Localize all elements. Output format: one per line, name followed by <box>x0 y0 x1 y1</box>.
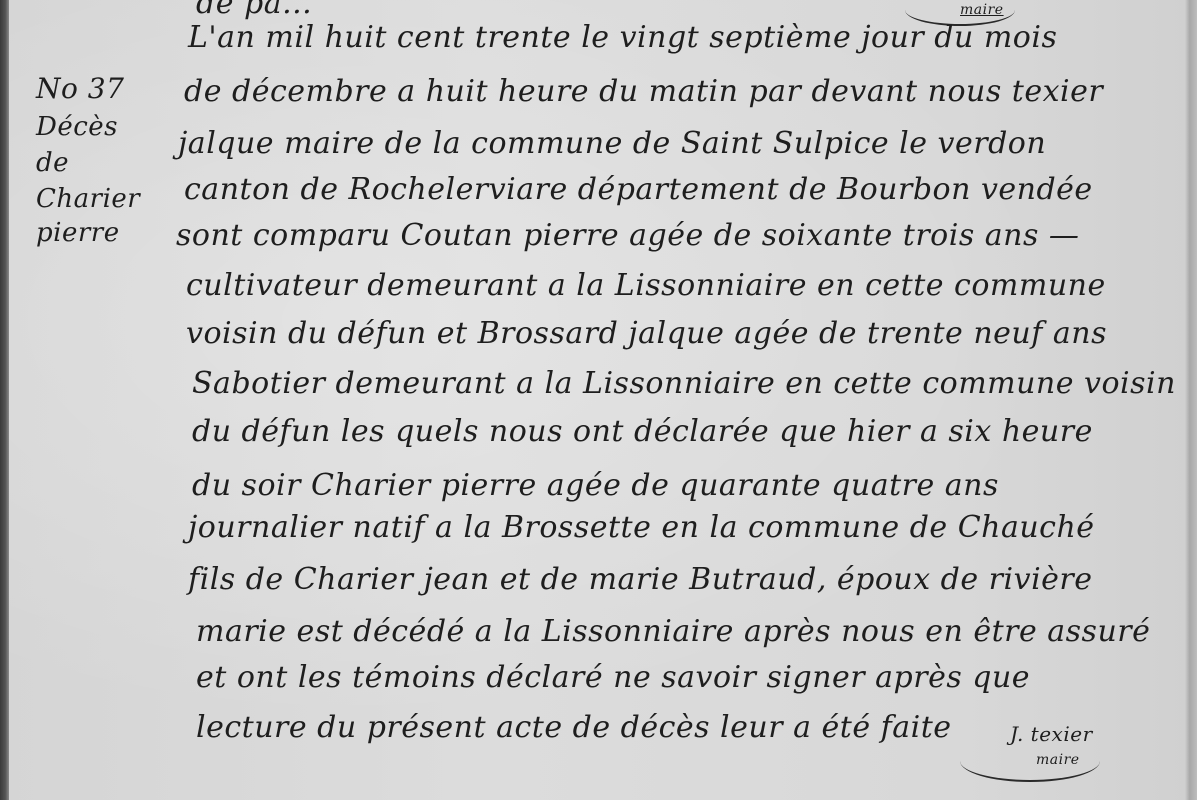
binding-edge <box>0 0 9 800</box>
body-line-10: du soir Charier pierre agée de quarante … <box>192 468 999 503</box>
body-line-7: voisin du défun et Brossard jalque agée … <box>186 316 1107 351</box>
margin-line-surname: Charier <box>36 184 140 214</box>
body-line-6: cultivateur demeurant a la Lissonniaire … <box>186 268 1106 303</box>
body-line-12: fils de Charier jean et de marie Butraud… <box>188 562 1093 597</box>
body-line-2: de décembre a huit heure du matin par de… <box>184 74 1103 109</box>
body-line-9: du défun les quels nous ont déclarée que… <box>192 414 1093 449</box>
entry-number: No 37 <box>36 72 124 105</box>
body-line-14: et ont les témoins déclaré ne savoir sig… <box>196 660 1030 695</box>
body-line-3: jalque maire de la commune de Saint Sulp… <box>178 126 1046 161</box>
margin-line-deces: Décès <box>36 112 118 142</box>
margin-line-de: de <box>36 148 69 178</box>
body-line-13: marie est décédé a la Lissonniaire après… <box>196 614 1150 649</box>
top-fragment-text: de pa... <box>196 0 312 21</box>
margin-line-forename: pierre <box>36 218 120 248</box>
body-line-5: sont comparu Coutan pierre agée de soixa… <box>176 218 1079 253</box>
signature-flourish <box>960 740 1100 782</box>
body-line-8: Sabotier demeurant a la Lissonniaire en … <box>192 366 1176 401</box>
body-line-1: L'an mil huit cent trente le vingt septi… <box>188 20 1057 55</box>
body-line-15: lecture du présent acte de décès leur a … <box>196 710 952 745</box>
body-line-11: journalier natif a la Brossette en la co… <box>188 510 1095 545</box>
body-line-4: canton de Rochelerviare département de B… <box>184 172 1093 207</box>
register-page: de pa... No 37 Décès de Charier pierre m… <box>0 0 1197 800</box>
page-fold-edge <box>1185 0 1197 800</box>
